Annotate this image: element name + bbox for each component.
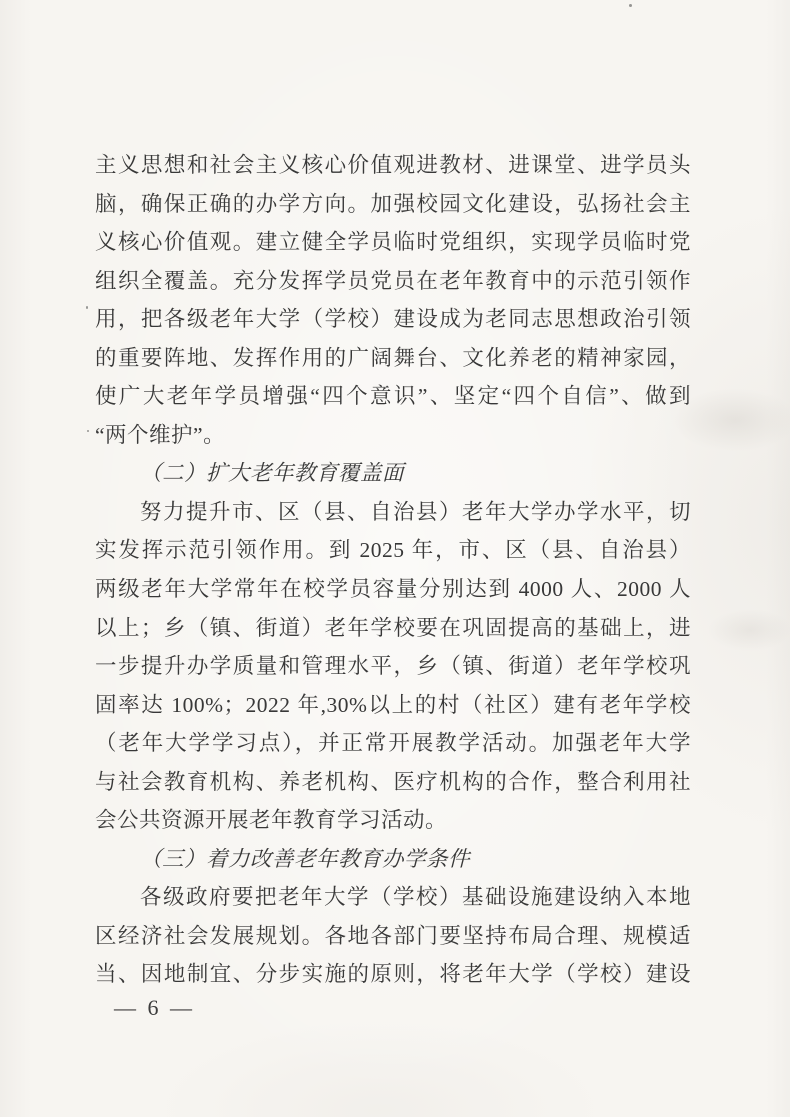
text-line: 以上；乡（镇、街道）老年学校要在巩固提高的基础上，进 [95, 609, 691, 648]
page-number: — 6 — [114, 993, 195, 1023]
text-line: 一步提升办学质量和管理水平，乡（镇、街道）老年学校巩 [95, 647, 691, 686]
text-line: 脑，确保正确的办学方向。加强校园文化建设，弘扬社会主 [95, 185, 691, 224]
document-page: 主义思想和社会主义核心价值观进教材、进课堂、进学员头 脑，确保正确的办学方向。加… [0, 0, 790, 1117]
text-line-paragraph-end: “两个维护”。 [95, 416, 691, 455]
text-line: 固率达 100%；2022 年,30%以上的村（社区）建有老年学校 [95, 686, 691, 725]
text-line: 与社会教育机构、养老机构、医疗机构的合作，整合利用社 [95, 763, 691, 802]
text-line: 主义思想和社会主义核心价值观进教材、进课堂、进学员头 [95, 146, 691, 185]
text-line: 的重要阵地、发挥作用的广阔舞台、文化养老的精神家园， [95, 339, 691, 378]
scan-speck [87, 430, 89, 432]
text-line: 两级老年大学常年在校学员容量分别达到 4000 人、2000 人 [95, 570, 691, 609]
text-line: （老年大学学习点），并正常开展教学活动。加强老年大学 [95, 724, 691, 763]
text-line: 义核心价值观。建立健全学员临时党组织，实现学员临时党 [95, 223, 691, 262]
section-heading-3: （三）着力改善老年教育办学条件 [95, 840, 691, 879]
text-line: 当、因地制宜、分步实施的原则，将老年大学（学校）建设 [95, 955, 691, 994]
text-line-paragraph-start: 努力提升市、区（县、自治县）老年大学办学水平，切 [95, 493, 691, 532]
section-heading-2: （二）扩大老年教育覆盖面 [95, 454, 691, 493]
scan-speck [86, 306, 88, 309]
text-line: 组织全覆盖。充分发挥学员党员在老年教育中的示范引领作 [95, 262, 691, 301]
text-line: 区经济社会发展规划。各地各部门要坚持布局合理、规模适 [95, 917, 691, 956]
text-line-paragraph-start: 各级政府要把老年大学（学校）基础设施建设纳入本地 [95, 878, 691, 917]
text-line: 使广大老年学员增强“四个意识”、坚定“四个自信”、做到 [95, 377, 691, 416]
document-body: 主义思想和社会主义核心价值观进教材、进课堂、进学员头 脑，确保正确的办学方向。加… [95, 146, 691, 994]
text-line-paragraph-end: 会公共资源开展老年教育学习活动。 [95, 801, 691, 840]
text-line: 用，把各级老年大学（学校）建设成为老同志思想政治引领 [95, 300, 691, 339]
text-line: 实发挥示范引领作用。到 2025 年，市、区（县、自治县） [95, 531, 691, 570]
scan-speck [629, 4, 632, 7]
